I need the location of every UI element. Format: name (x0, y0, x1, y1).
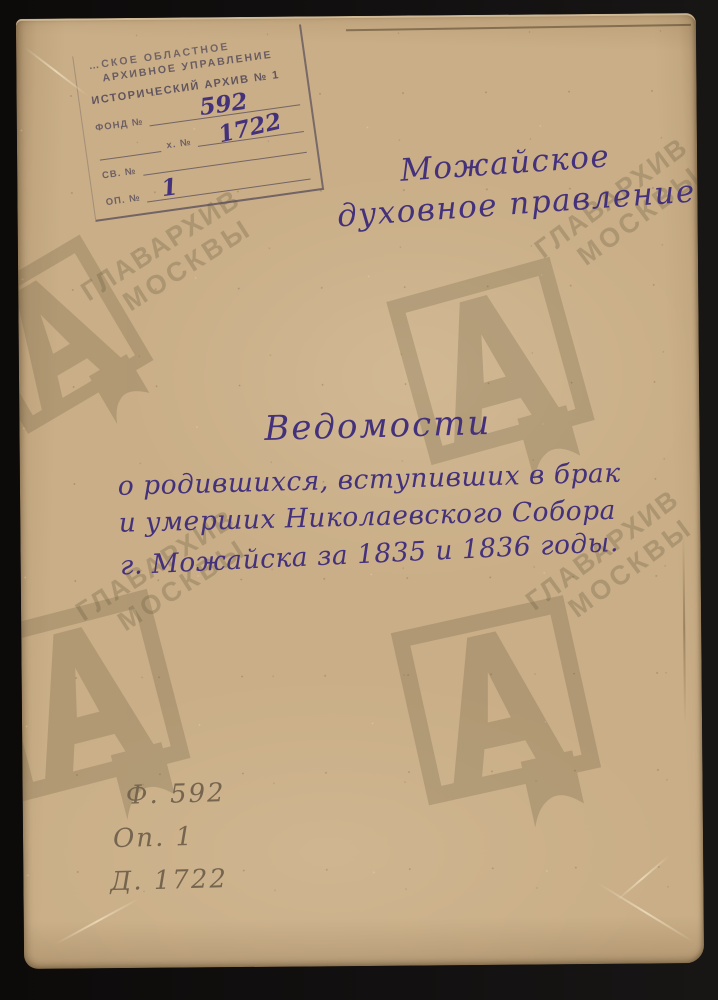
scanned-archive-cover: ГЛАВАРХИВ МОСКВЫ ГЛАВАРХИВ МОСКВЫ ГЛАВАР… (0, 0, 718, 1000)
handwritten-title: Ведомости о родившихся, вступивших в бра… (116, 401, 660, 579)
stamp-field-value-handwritten: 1 (161, 180, 179, 196)
archival-code-pencil: Ф. 592 Оп. 1 Д. 1722 (101, 772, 228, 904)
stamp-field-label: х. № (160, 136, 198, 152)
stamp-field-label: СВ. № (101, 165, 143, 182)
delo-code: Д. 1722 (110, 858, 229, 904)
stamp-field-value-handwritten: 1722 (217, 114, 283, 142)
fond-code: Ф. 592 (125, 772, 226, 818)
opis-code: Оп. 1 (112, 815, 227, 861)
stamp-field-label: ФОНД № (95, 115, 150, 133)
stamp-field-line (99, 147, 161, 161)
archive-stamp: …СКОЕ ОБЛАСТНОЕ АРХИВНОЕ УПРАВЛЕНИЕ ИСТО… (72, 24, 324, 222)
stamp-field-value-handwritten: 592 (199, 95, 248, 116)
title-line1: Ведомости (264, 401, 657, 448)
document-page: ГЛАВАРХИВ МОСКВЫ ГЛАВАРХИВ МОСКВЫ ГЛАВАР… (16, 13, 704, 969)
stamp-field-label: ОП. № (105, 192, 147, 209)
